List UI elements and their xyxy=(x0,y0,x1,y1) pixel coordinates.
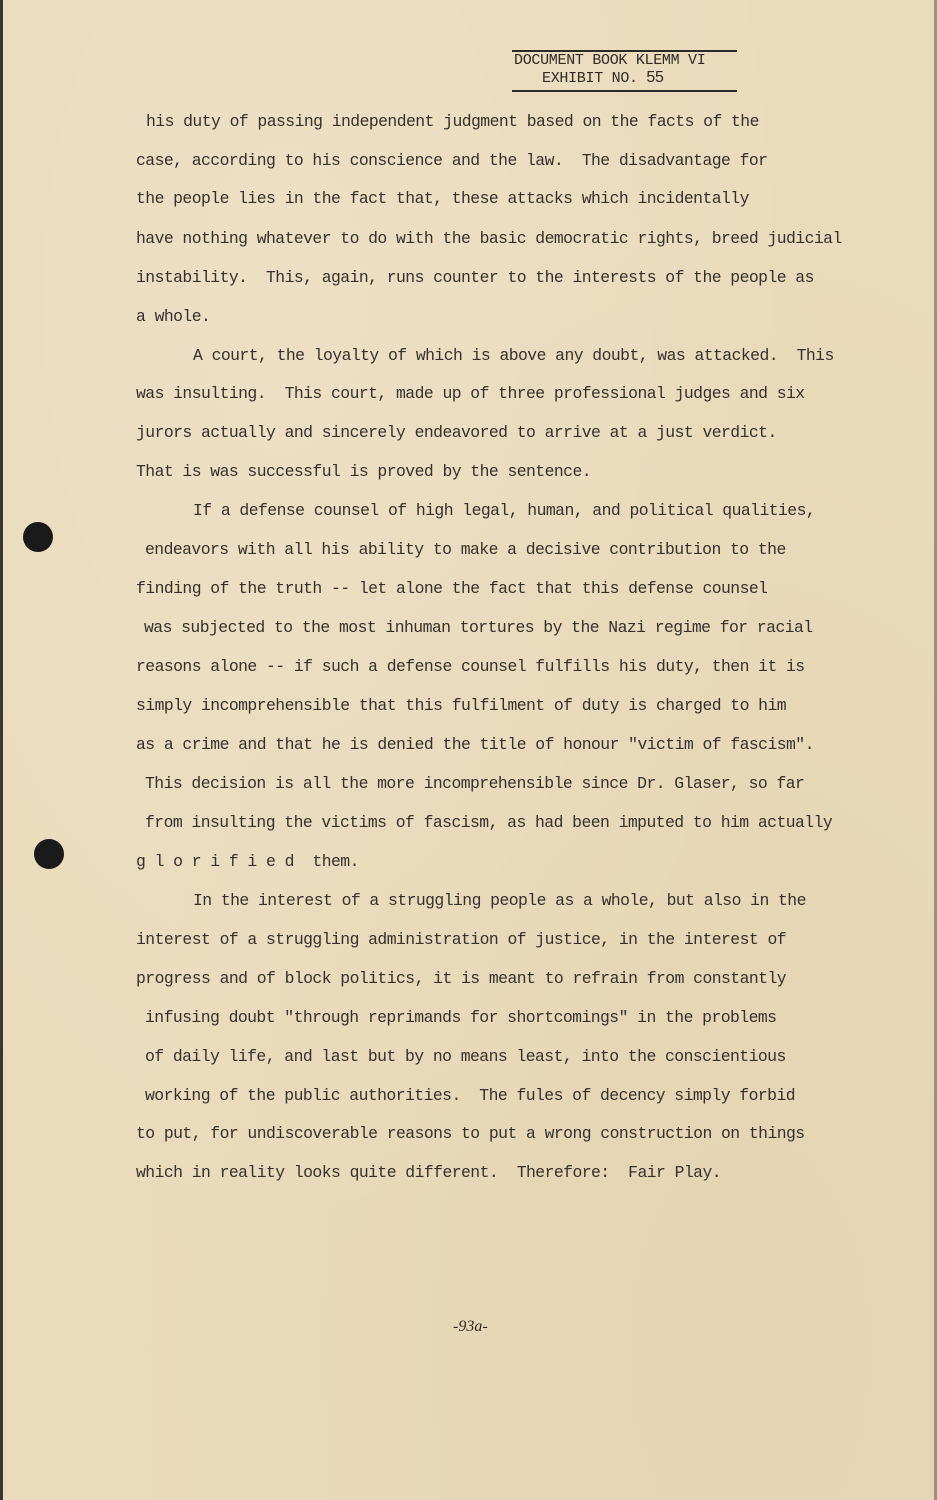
exhibit-label: EXHIBIT NO. 55 xyxy=(512,69,737,87)
text-line: In the interest of a struggling people a… xyxy=(193,891,806,910)
text-line: was insulting. This court, made up of th… xyxy=(136,384,805,403)
text-line: the people lies in the fact that, these … xyxy=(136,189,749,208)
text-line: a whole. xyxy=(136,307,210,326)
text-line: case, according to his conscience and th… xyxy=(136,151,767,170)
text-line: instability. This, again, runs counter t… xyxy=(136,268,814,287)
text-line: working of the public authorities. The f… xyxy=(145,1086,795,1105)
text-line: If a defense counsel of high legal, huma… xyxy=(193,501,815,520)
document-header: DOCUMENT BOOK KLEMM VI EXHIBIT NO. 55 xyxy=(512,50,737,92)
page-number: -93a- xyxy=(453,1318,488,1336)
text-line: This decision is all the more incomprehe… xyxy=(145,774,804,793)
text-line: simply incomprehensible that this fulfil… xyxy=(136,696,786,715)
text-line: interest of a struggling administration … xyxy=(136,930,786,949)
text-line: have nothing whatever to do with the bas… xyxy=(136,229,842,248)
text-line: to put, for undiscoverable reasons to pu… xyxy=(136,1124,805,1143)
text-line: A court, the loyalty of which is above a… xyxy=(193,346,834,365)
page-left-edge xyxy=(0,0,3,1500)
text-line: as a crime and that he is denied the tit… xyxy=(136,735,814,754)
text-line: reasons alone -- if such a defense couns… xyxy=(136,657,805,676)
punch-hole-top xyxy=(23,522,53,552)
text-line: his duty of passing independent judgment… xyxy=(146,112,759,131)
text-line: which in reality looks quite different. … xyxy=(136,1163,721,1182)
punch-hole-bottom xyxy=(34,839,64,869)
text-line: That is was successful is proved by the … xyxy=(136,462,591,481)
document-book-label: DOCUMENT BOOK KLEMM VI xyxy=(512,52,737,69)
exhibit-number: 55 xyxy=(646,69,663,86)
text-line: endeavors with all his ability to make a… xyxy=(145,540,786,559)
header-bottom-rule xyxy=(512,90,737,92)
exhibit-prefix: EXHIBIT NO. xyxy=(542,70,646,87)
text-line: was subjected to the most inhuman tortur… xyxy=(144,618,813,637)
text-line: from insulting the victims of fascism, a… xyxy=(145,813,832,832)
text-line: g l o r i f i e d them. xyxy=(136,852,359,871)
text-line: jurors actually and sincerely endeavored… xyxy=(136,423,777,442)
text-line: finding of the truth -- let alone the fa… xyxy=(136,579,767,598)
text-line: of daily life, and last but by no means … xyxy=(145,1047,786,1066)
text-line: infusing doubt "through reprimands for s… xyxy=(145,1008,776,1027)
text-line: progress and of block politics, it is me… xyxy=(136,969,786,988)
